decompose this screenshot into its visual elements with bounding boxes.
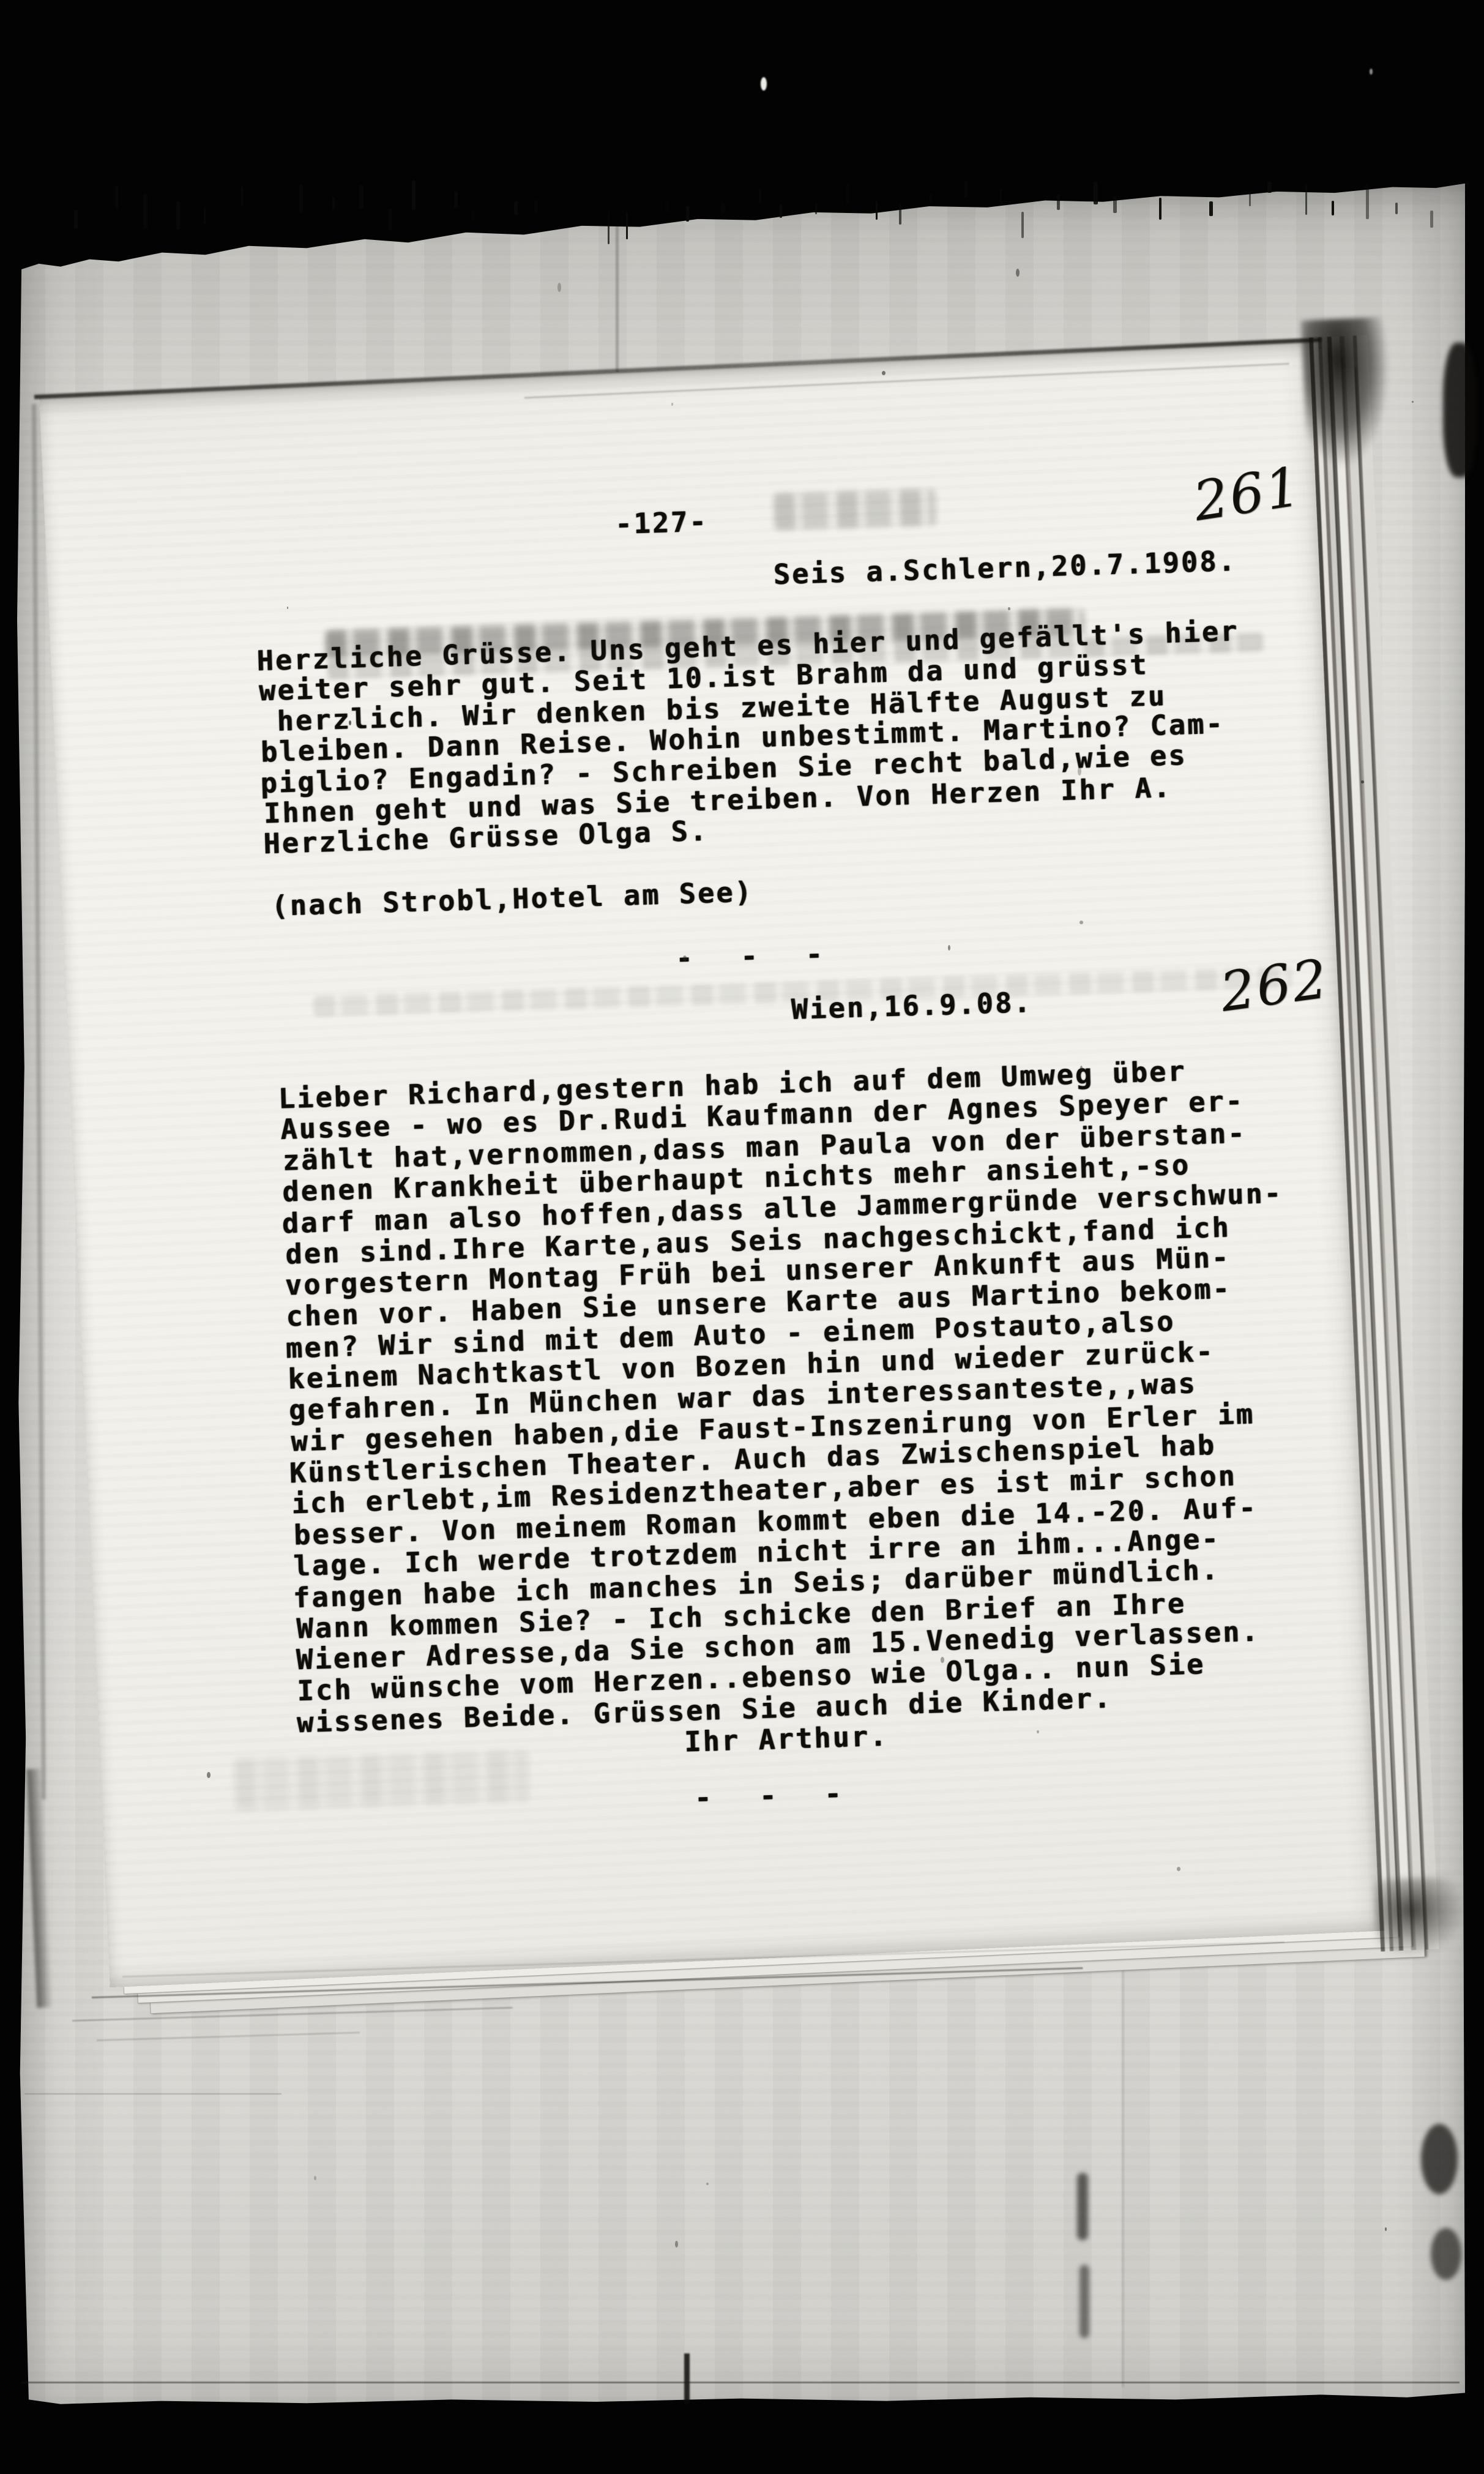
ink-blotch xyxy=(1077,2173,1088,2240)
film-tick-mark xyxy=(1332,201,1335,215)
corner-shadow xyxy=(1374,1875,1469,1959)
film-tick-mark xyxy=(1113,196,1117,212)
film-tick-mark xyxy=(780,204,782,218)
film-tick-mark xyxy=(626,212,628,239)
film-tick-mark xyxy=(472,209,474,220)
page-number: -127- xyxy=(615,506,709,540)
microfilm-scan: -127- 261 Seis a.Schlern,20.7.1908. Herz… xyxy=(0,0,1484,2474)
paper-speck xyxy=(683,955,687,962)
film-tick-mark xyxy=(1366,184,1368,220)
film-tick-mark xyxy=(534,200,539,212)
paper-speck xyxy=(314,2176,316,2180)
typewritten-content: -127- 261 Seis a.Schlern,20.7.1908. Herz… xyxy=(246,470,1367,1983)
scratch-line xyxy=(21,2382,1460,2383)
film-tick-mark xyxy=(241,187,243,206)
film-tick-mark xyxy=(930,194,932,202)
scratch-line xyxy=(24,2093,282,2095)
film-tick-mark xyxy=(1430,211,1433,228)
paper-speck xyxy=(1385,2227,1387,2231)
film-tick-mark xyxy=(846,184,849,204)
letter-2-dateline: Wien,16.9.08. xyxy=(791,987,1032,1025)
film-tick-mark xyxy=(204,207,206,224)
film-tick-mark xyxy=(1021,212,1024,239)
paper-speck xyxy=(706,2183,709,2185)
archive-number-262: 262 xyxy=(1217,947,1332,1024)
film-edge-blotch xyxy=(1431,2228,1461,2280)
paper-speck xyxy=(207,1772,211,1778)
film-tick-mark-row xyxy=(37,181,1450,251)
film-tick-mark xyxy=(665,200,669,213)
film-tick-mark xyxy=(332,197,335,209)
paper-speck xyxy=(948,945,950,951)
film-tick-mark xyxy=(1395,203,1397,214)
film-speck xyxy=(761,77,767,91)
film-tick-mark xyxy=(299,185,303,213)
film-tick-mark xyxy=(1057,195,1059,210)
film-tick-mark xyxy=(176,201,180,230)
film-tick-mark xyxy=(608,211,610,244)
paper-speck xyxy=(1078,767,1081,775)
letter-2-body: Lieber Richard,gestern hab ich auf dem U… xyxy=(279,1051,1359,1738)
ink-blotch xyxy=(1079,2265,1089,2338)
film-tick-mark xyxy=(899,204,901,225)
film-tick-mark xyxy=(359,185,364,209)
film-tick-mark xyxy=(1209,201,1213,216)
paper-speck xyxy=(542,1595,544,1601)
paper-speck xyxy=(675,2241,678,2248)
film-tick-mark xyxy=(116,185,118,209)
paper-speck xyxy=(1177,1867,1180,1871)
film-tick-mark xyxy=(1249,191,1251,206)
film-tick-mark xyxy=(412,181,415,209)
film-tick-mark xyxy=(686,206,690,222)
film-tick-mark xyxy=(1305,184,1307,215)
paper-crease xyxy=(684,2353,690,2404)
film-tick-mark xyxy=(964,181,968,197)
film-tick-mark xyxy=(514,201,518,215)
film-tick-mark xyxy=(876,201,878,220)
film-tick-mark xyxy=(1094,182,1098,204)
film-tick-mark xyxy=(759,189,761,203)
film-speck xyxy=(1370,69,1373,75)
film-tick-mark xyxy=(1267,182,1272,193)
paper-speck xyxy=(941,1657,944,1662)
film-tick-mark xyxy=(815,204,817,214)
film-edge-blotch xyxy=(1443,343,1477,477)
film-tick-mark xyxy=(143,194,147,229)
film-tick-mark xyxy=(454,192,458,207)
film-tick-mark xyxy=(1000,189,1002,206)
film-tick-mark xyxy=(721,203,725,213)
film-tick-mark xyxy=(74,210,78,228)
letter-1-dateline: Seis a.Schlern,20.7.1908. xyxy=(773,544,1326,591)
ink-showthrough-smudge xyxy=(234,1750,529,1810)
letter-1-note: (nach Strobl,Hotel am See) xyxy=(271,859,1335,922)
paper-speck xyxy=(671,403,673,406)
section-separator: - - - xyxy=(694,1763,1362,1814)
paper-speck xyxy=(1412,401,1414,403)
film-edge-blotch xyxy=(1421,2124,1458,2194)
film-tick-mark xyxy=(389,209,392,230)
film-tick-mark xyxy=(1159,198,1161,220)
letter-page-stack: -127- 261 Seis a.Schlern,20.7.1908. Herz… xyxy=(39,341,1385,1987)
paper-speck xyxy=(1016,269,1020,277)
paper-speck xyxy=(1361,780,1364,783)
